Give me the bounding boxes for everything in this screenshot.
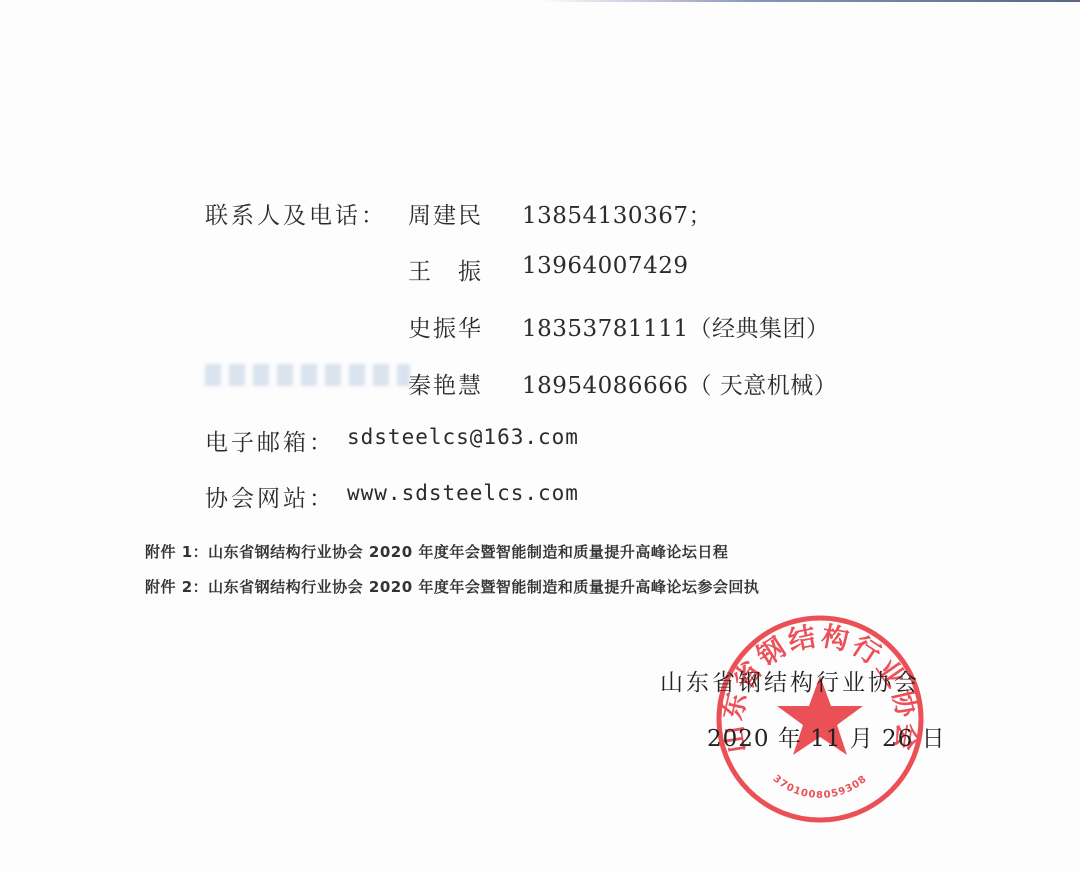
seal-number: 3701008059308	[771, 773, 870, 801]
contact-phone-3: 18353781111（经典集团）	[522, 310, 829, 343]
email-value: sdsteelcs@163.com	[347, 425, 579, 449]
contact-phone-4: 18954086666（ 天意机械）	[522, 367, 837, 400]
svg-text:3701008059308: 3701008059308	[771, 773, 870, 801]
contact-name-1: 周建民	[408, 197, 483, 230]
contacts-label: 联系人及电话：	[205, 197, 387, 230]
official-seal-icon: 山东省钢结构行业协会 3701008059308	[715, 614, 925, 824]
attachment-2: 附件 2：山东省钢结构行业协会 2020 年度年会暨智能制造和质量提升高峰论坛参…	[145, 576, 759, 597]
show-through-text	[205, 364, 410, 386]
contact-name-2: 王 振	[408, 253, 483, 286]
scan-edge-line	[540, 0, 1080, 2]
website-label: 协会网站：	[205, 480, 335, 513]
email-label: 电子邮箱：	[205, 424, 335, 457]
website-value: www.sdsteelcs.com	[347, 481, 579, 505]
contact-name-3: 史振华	[408, 310, 483, 343]
attachment-1: 附件 1：山东省钢结构行业协会 2020 年度年会暨智能制造和质量提升高峰论坛日…	[145, 541, 728, 562]
signature-organization: 山东省钢结构行业协会	[660, 664, 920, 697]
contact-name-4: 秦艳慧	[408, 367, 483, 400]
contact-phone-2: 13964007429	[522, 253, 688, 279]
contact-phone-1: 13854130367；	[522, 197, 712, 230]
signature-date: 2020 年 11 月 26 日	[707, 720, 946, 753]
